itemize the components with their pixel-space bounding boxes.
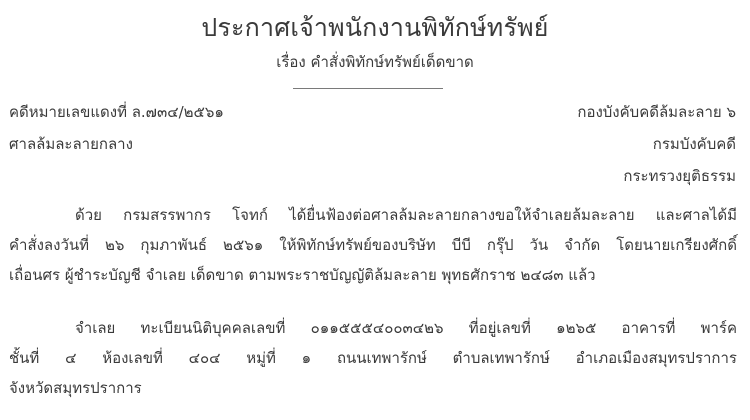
announcement-subject: เรื่อง คำสั่งพิทักษ์ทรัพย์เด็ดขาด xyxy=(0,50,750,74)
paragraph-line: จังหวัดสมุทรปราการ xyxy=(9,373,737,403)
paragraph-line: เถื่อนศร ผู้ชำระบัญชี จำเลย เด็ดขาด ตามพ… xyxy=(9,260,737,290)
department-name: กรมบังคับคดี xyxy=(653,132,736,156)
paragraph-line: ชั้นที่ ๔ ห้องเลขที่ ๔๐๔ หมู่ที่ ๑ ถนนเท… xyxy=(9,343,737,373)
paragraph-line: คำสั่งลงวันที่ ๒๖ กุมภาพันธ์ ๒๕๖๑ ให้พิท… xyxy=(9,230,737,260)
red-case-number: คดีหมายเลขแดงที่ ล.๗๓๔/๒๕๖๑ xyxy=(9,100,224,124)
court-name: ศาลล้มละลายกลาง xyxy=(9,132,133,156)
announcement-title: ประกาศเจ้าพนักงานพิทักษ์ทรัพย์ xyxy=(0,8,750,48)
paragraph-line: ด้วย กรมสรรพากร โจทก์ ได้ยื่นฟ้องต่อศาลล… xyxy=(9,200,737,230)
paragraph-defendant-address: จำเลย ทะเบียนนิติบุคคลเลขที่ ๐๑๑๕๕๕๔๐๐๓๔… xyxy=(9,313,737,403)
title-divider xyxy=(293,88,443,89)
bankruptcy-division: กองบังคับคดีล้มละลาย ๖ xyxy=(577,100,736,124)
ministry-name: กระทรวงยุติธรรม xyxy=(623,164,736,188)
paragraph-line: จำเลย ทะเบียนนิติบุคคลเลขที่ ๐๑๑๕๕๕๔๐๐๓๔… xyxy=(9,313,737,343)
paragraph-lawsuit: ด้วย กรมสรรพากร โจทก์ ได้ยื่นฟ้องต่อศาลล… xyxy=(9,200,737,290)
